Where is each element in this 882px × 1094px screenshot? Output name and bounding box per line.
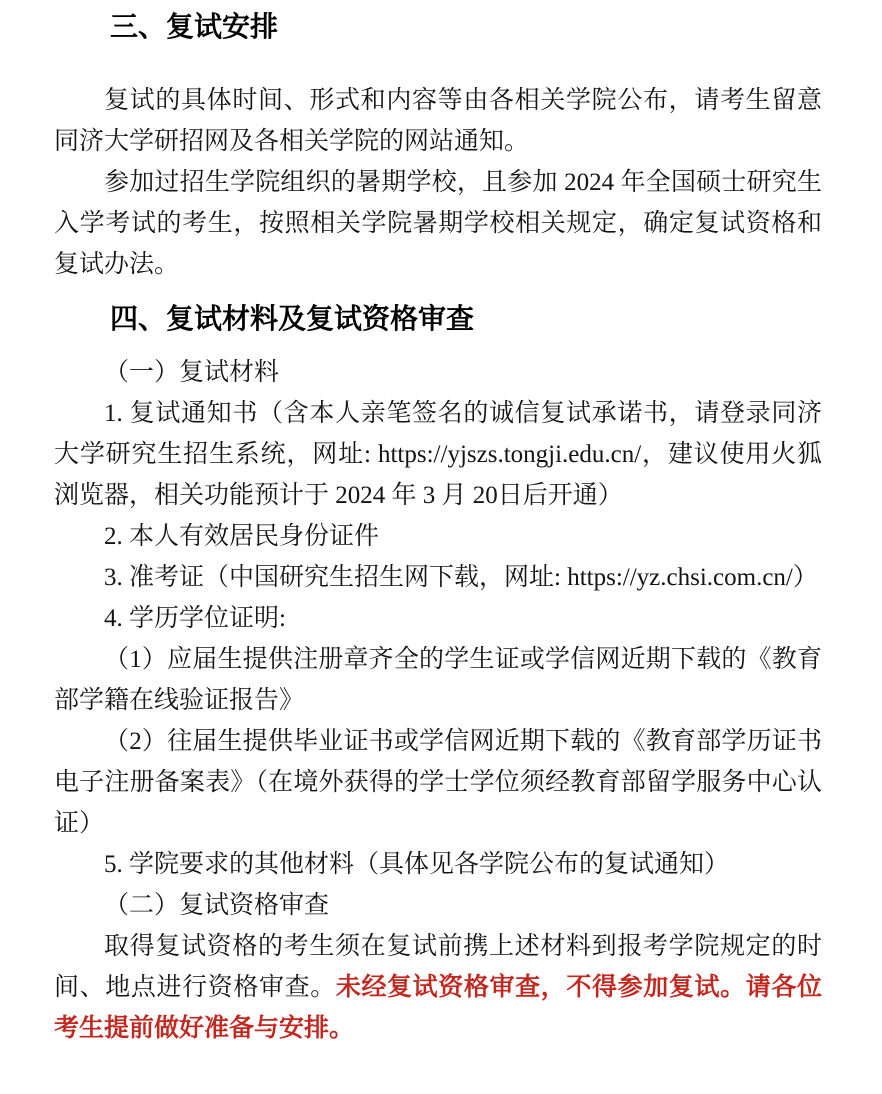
- item-admission-ticket: 3. 准考证（中国研究生招生网下载，网址: https://yz.chsi.co…: [54, 557, 822, 598]
- item-degree-graduates: （2）往届生提供毕业证书或学信网近期下载的《教育部学历证书电子注册备案表》（在境…: [54, 721, 822, 844]
- item-admission-ticket-text-tail: ）: [793, 564, 818, 591]
- item-admission-ticket-text: 3. 准考证（中国研究生招生网下载，网址:: [104, 564, 567, 591]
- item-degree-current-students: （1）应届生提供注册章齐全的学生证或学信网近期下载的《教育部学籍在线验证报告》: [54, 639, 822, 721]
- section-heading-interview-arrangement: 三、复试安排: [54, 6, 822, 47]
- tongji-admission-system-url: https://yjszs.tongji.edu.cn/: [378, 441, 641, 468]
- item-other-materials: 5. 学院要求的其他材料（具体见各学院公布的复试通知）: [54, 844, 822, 885]
- subsection-title-interview-materials: （一）复试材料: [54, 352, 822, 393]
- document-page: 三、复试安排 复试的具体时间、形式和内容等由各相关学院公布，请考生留意同济大学研…: [0, 0, 882, 1049]
- item-id-card: 2. 本人有效居民身份证件: [54, 516, 822, 557]
- item-interview-notice: 1. 复试通知书（含本人亲笔签名的诚信复试承诺书，请登录同济大学研究生招生系统，…: [54, 393, 822, 516]
- paragraph-summer-school: 参加过招生学院组织的暑期学校，且参加 2024 年全国硕士研究生入学考试的考生，…: [54, 162, 822, 285]
- chsi-url: https://yz.chsi.com.cn/: [567, 564, 793, 591]
- section-heading-materials-and-qualification: 四、复试材料及复试资格审查: [54, 298, 822, 339]
- item-degree-certificates: 4. 学历学位证明:: [54, 598, 822, 639]
- subsection-title-qualification-review: （二）复试资格审查: [54, 885, 822, 926]
- paragraph-interview-announcement: 复试的具体时间、形式和内容等由各相关学院公布，请考生留意同济大学研招网及各相关学…: [54, 80, 822, 162]
- paragraph-qualification-review: 取得复试资格的考生须在复试前携上述材料到报考学院规定的时间、地点进行资格审查。未…: [54, 926, 822, 1049]
